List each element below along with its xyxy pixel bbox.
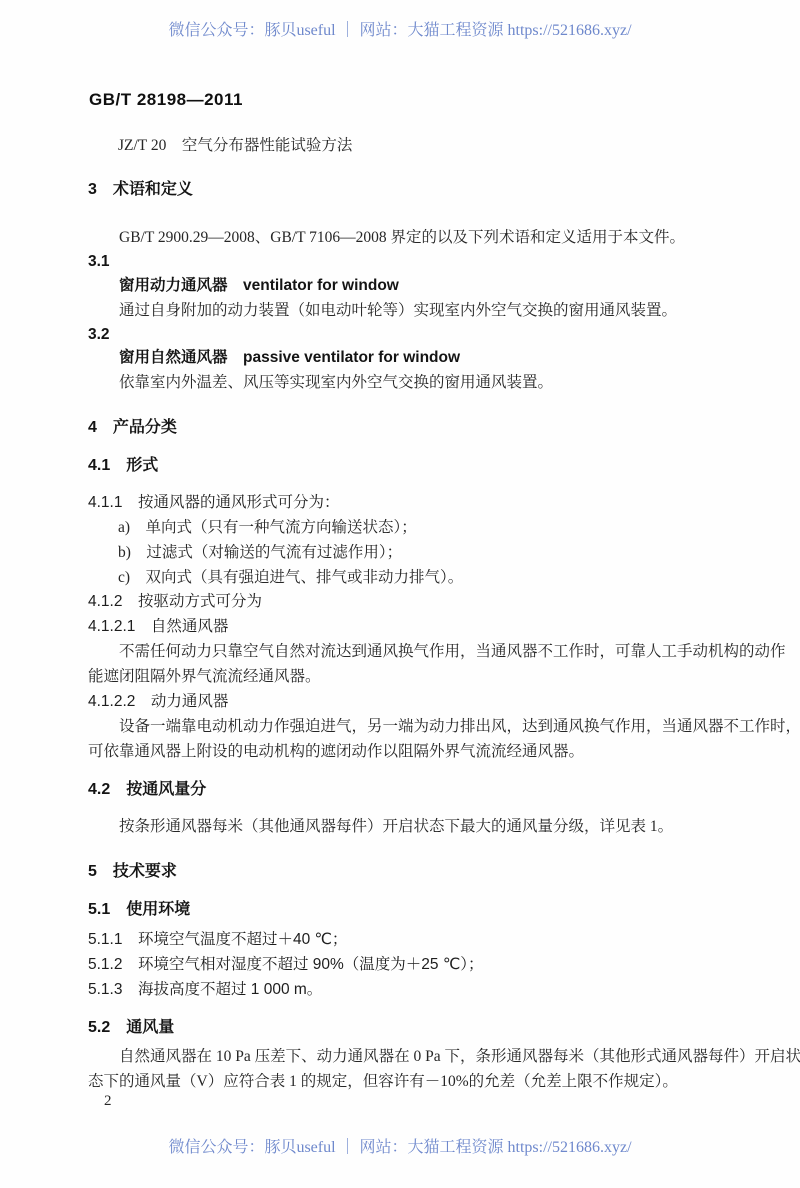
airflow-classification-paragraph: 按条形通风器每米（其他通风器每件）开启状态下最大的通风量分级，详见表 1。 [119,816,673,838]
power-ventilator-paragraph-line-2: 可依靠通风器上附设的电动机构的遮闭动作以阻隔外界气流流经通风器。 [88,741,584,763]
list-item-b: b) 过滤式（对输送的气流有过滤作用）； [118,542,402,564]
standard-number: GB/T 28198—2011 [89,89,243,111]
term-3-1-title: 窗用动力通风器 ventilator for window [119,275,399,297]
section-4-heading: 4 产品分类 [88,417,177,439]
term-3-1-number: 3.1 [88,251,110,273]
airflow-requirement-paragraph-line-1: 自然通风器在 10 Pa 压差下、动力通风器在 0 Pa 下，条形通风器每米（其… [119,1046,800,1068]
clause-5-1-1: 5.1.1 环境空气温度不超过＋40 ℃； [88,929,347,951]
term-3-2-title: 窗用自然通风器 passive ventilator for window [119,347,460,369]
clause-4-1-2-1: 4.1.2.1 自然通风器 [88,616,228,638]
clause-5-1-3: 5.1.3 海拔高度不超过 1 000 m。 [88,979,322,1001]
page-number: 2 [104,1093,112,1110]
clause-4-1-2-2: 4.1.2.2 动力通风器 [88,691,228,713]
header-watermark: 微信公众号：豚贝useful ｜ 网站：大猫工程资源 https://52168… [0,17,800,40]
section-5-1-heading: 5.1 使用环境 [88,899,190,921]
section-5-2-heading: 5.2 通风量 [88,1017,174,1039]
section-4-2-heading: 4.2 按通风量分 [88,779,206,801]
clause-4-1-1: 4.1.1 按通风器的通风形式可分为： [88,492,339,514]
natural-ventilator-paragraph-line-1: 不需任何动力只靠空气自然对流达到通风换气作用，当通风器不工作时，可靠人工手动机构… [119,641,786,663]
list-item-c: c) 双向式（具有强迫进气、排气或非动力排气）。 [118,567,463,589]
terms-intro-paragraph: GB/T 2900.29—2008、GB/T 7106—2008 界定的以及下列… [119,227,685,249]
section-5-heading: 5 技术要求 [88,861,177,883]
referenced-standard-line: JZ/T 20 空气分布器性能试验方法 [118,135,352,157]
term-3-2-definition: 依靠室内外温差、风压等实现室内外空气交换的窗用通风装置。 [119,372,553,394]
term-3-1-definition: 通过自身附加的动力装置（如电动叶轮等）实现室内外空气交换的窗用通风装置。 [119,300,677,322]
clause-5-1-2: 5.1.2 环境空气相对湿度不超过 90%（温度为＋25 ℃）； [88,954,484,976]
clause-4-1-2: 4.1.2 按驱动方式可分为 [88,591,262,613]
term-3-2-number: 3.2 [88,324,110,346]
natural-ventilator-paragraph-line-2: 能遮闭阻隔外界气流流经通风器。 [88,666,321,688]
power-ventilator-paragraph-line-1: 设备一端靠电动机动力作强迫进气，另一端为动力排出风，达到通风换气作用，当通风器不… [119,716,800,738]
scanned-standard-page: 微信公众号：豚贝useful ｜ 网站：大猫工程资源 https://52168… [0,0,800,1188]
footer-watermark: 微信公众号：豚贝useful ｜ 网站：大猫工程资源 https://52168… [0,1134,800,1157]
airflow-requirement-paragraph-line-2: 态下的通风量（V）应符合表 1 的规定，但容许有－10%的允差（允差上限不作规定… [88,1071,678,1093]
section-4-1-heading: 4.1 形式 [88,455,158,477]
section-3-heading: 3 术语和定义 [88,179,193,201]
list-item-a: a) 单向式（只有一种气流方向输送状态）； [118,517,417,539]
